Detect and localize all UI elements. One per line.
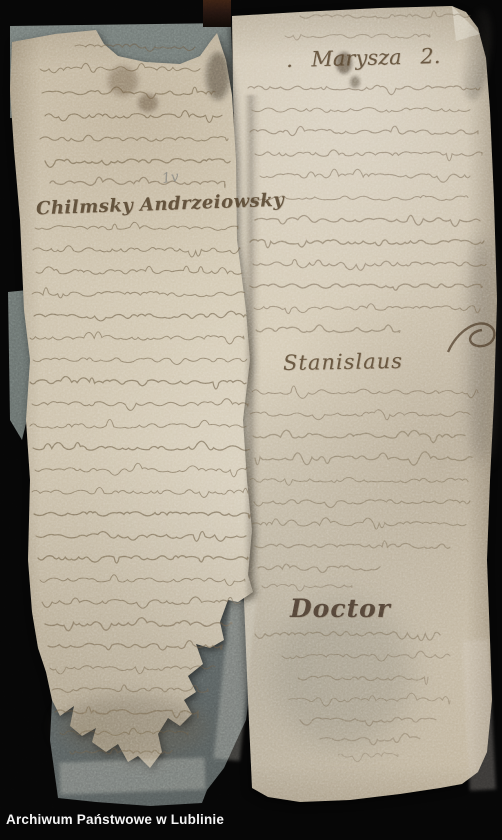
stain-spot (138, 94, 158, 112)
water-stain (466, 240, 496, 460)
heading-doctor: Doctor (290, 594, 391, 623)
archive-watermark: Archiwum Państwowe w Lublinie (6, 812, 224, 827)
repair-tissue (59, 757, 205, 794)
water-stain (58, 696, 208, 758)
heading-stanislaus: Stanislaus (283, 349, 403, 375)
manuscript-scan: . Marysza 2. Chilmsky Andrzeiowsky Stani… (0, 0, 502, 840)
edge-grime (206, 52, 230, 100)
stain-spot (108, 66, 138, 96)
pencil-folio-mark: 1v (161, 169, 180, 187)
page-seam-crease (244, 95, 260, 595)
binding-strip (203, 0, 231, 27)
heading-marysza: . Marysza 2. (286, 44, 441, 72)
ink-blot (350, 76, 360, 88)
